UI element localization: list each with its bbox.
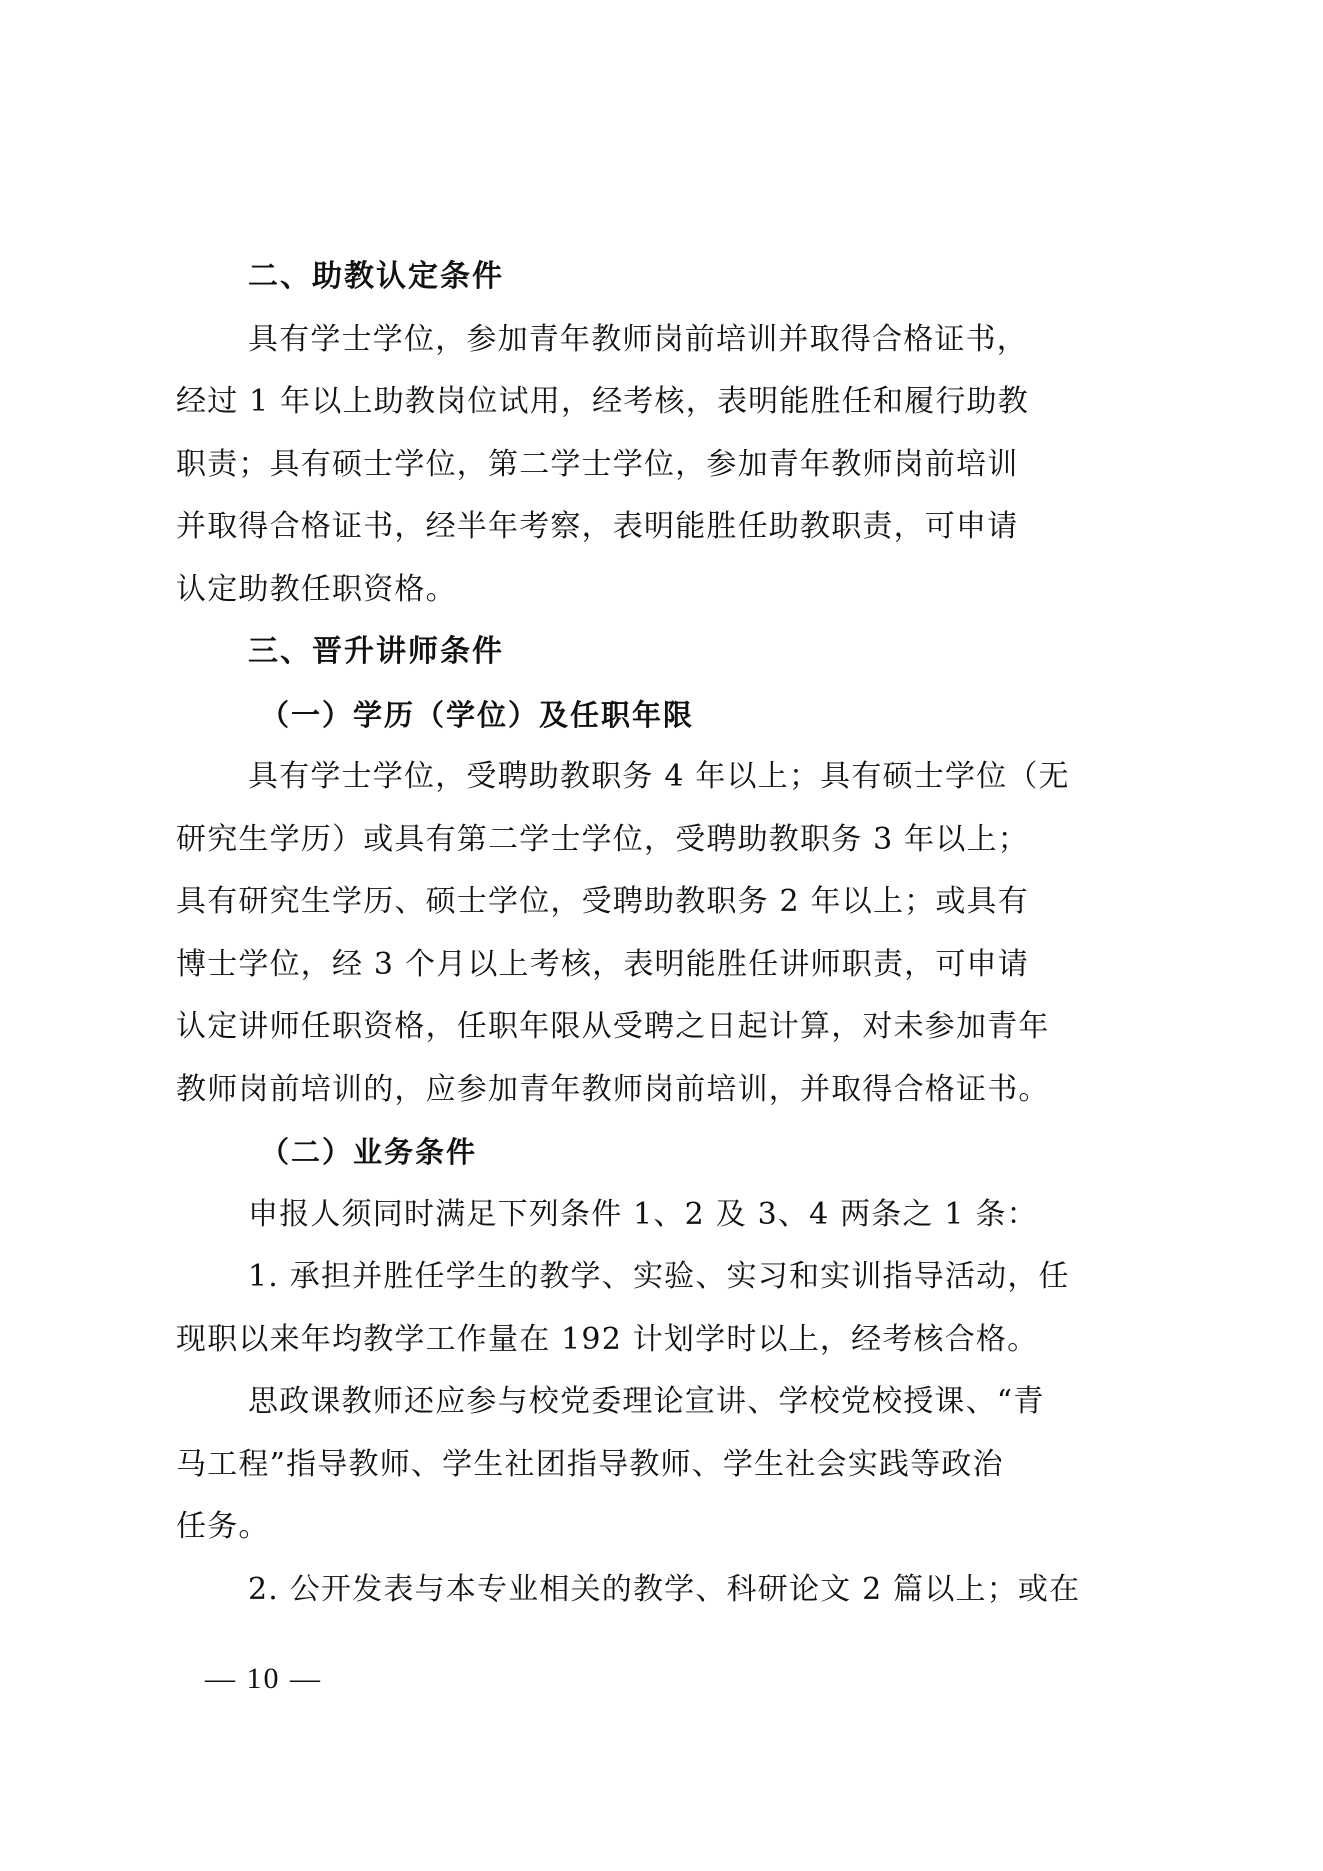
paragraph-line: 职责；具有硕士学位，第二学士学位，参加青年教师岗前培训 [176, 434, 1152, 497]
paragraph-line: 研究生学历）或具有第二学士学位，受聘助教职务 3 年以上； [176, 809, 1152, 872]
paragraph-line: 现职以来年均教学工作量在 192 计划学时以上，经考核合格。 [176, 1309, 1152, 1372]
paragraph-line: 并取得合格证书，经半年考察，表明能胜任助教职责，可申请 [176, 496, 1152, 559]
paragraph-line: 认定助教任职资格。 [176, 559, 1152, 622]
paragraph-line: 申报人须同时满足下列条件 1、2 及 3、4 两条之 1 条： [176, 1184, 1152, 1247]
subheading-education-tenure: （一）学历（学位）及任职年限 [176, 684, 1152, 747]
paragraph-line: 2. 公开发表与本专业相关的教学、科研论文 2 篇以上；或在 [176, 1559, 1152, 1622]
paragraph-line: 博士学位，经 3 个月以上考核，表明能胜任讲师职责，可申请 [176, 934, 1152, 997]
paragraph-line: 1. 承担并胜任学生的教学、实验、实习和实训指导活动，任 [176, 1246, 1152, 1309]
paragraph-line: 具有学士学位，受聘助教职务 4 年以上；具有硕士学位（无 [176, 746, 1152, 809]
paragraph-line: 马工程”指导教师、学生社团指导教师、学生社会实践等政治 [176, 1434, 1152, 1497]
paragraph-line: 任务。 [176, 1496, 1152, 1559]
section-heading-lecturer-promotion: 三、晋升讲师条件 [176, 621, 1152, 684]
page-number: — 10 — [205, 1662, 322, 1696]
section-heading-assistant-teacher: 二、助教认定条件 [176, 246, 1152, 309]
document-body: 二、助教认定条件 具有学士学位，参加青年教师岗前培训并取得合格证书， 经过 1 … [176, 246, 1152, 1621]
paragraph-line: 具有学士学位，参加青年教师岗前培训并取得合格证书， [176, 309, 1152, 372]
document-page: 二、助教认定条件 具有学士学位，参加青年教师岗前培训并取得合格证书， 经过 1 … [0, 0, 1323, 1871]
subheading-professional-conditions: （二）业务条件 [176, 1121, 1152, 1184]
paragraph-line: 思政课教师还应参与校党委理论宣讲、学校党校授课、“青 [176, 1371, 1152, 1434]
paragraph-line: 具有研究生学历、硕士学位，受聘助教职务 2 年以上；或具有 [176, 871, 1152, 934]
paragraph-line: 教师岗前培训的，应参加青年教师岗前培训，并取得合格证书。 [176, 1059, 1152, 1122]
paragraph-line: 认定讲师任职资格，任职年限从受聘之日起计算，对未参加青年 [176, 996, 1152, 1059]
paragraph-line: 经过 1 年以上助教岗位试用，经考核，表明能胜任和履行助教 [176, 371, 1152, 434]
